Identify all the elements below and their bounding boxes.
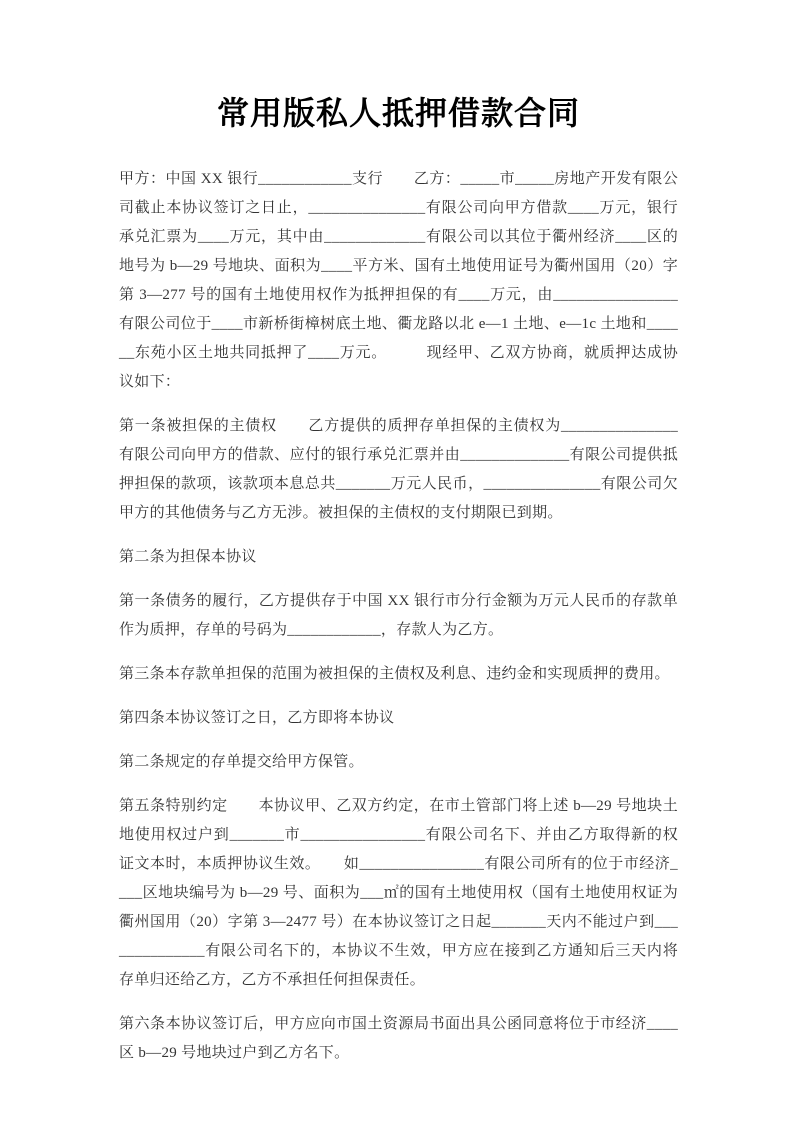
document-title: 常用版私人抵押借款合同 <box>119 92 678 134</box>
paragraph-clause-4-signing-day: 第四条本协议签订之日，乙方即将本协议 <box>119 704 678 733</box>
paragraph-clause-1-performance: 第一条债务的履行，乙方提供存于中国 XX 银行市分行金额为万元人民币的存款单作为… <box>119 587 678 645</box>
paragraph-clause-1-secured-debt: 第一条被担保的主债权 乙方提供的质押存单担保的主债权为_____________… <box>119 412 678 528</box>
paragraph-clause-5-special-agreement: 第五条特别约定 本协议甲、乙双方约定，在市土管部门将上述 b—29 号地块土地使… <box>119 792 678 995</box>
paragraph-opening-parties: 甲方：中国 XX 银行____________支行 乙方：_____市_____… <box>119 165 678 397</box>
paragraph-clause-6-transfer: 第六条本协议签订后，甲方应向市国土资源局书面出具公函同意将位于市经济____区 … <box>119 1010 678 1068</box>
paragraph-clause-3-scope: 第三条本存款单担保的范围为被担保的主债权及利息、违约金和实现质押的费用。 <box>119 660 678 689</box>
document-body: 甲方：中国 XX 银行____________支行 乙方：_____市_____… <box>119 165 678 1068</box>
paragraph-clause-2-guarantee: 第二条为担保本协议 <box>119 543 678 572</box>
paragraph-clause-2-deposit-submission: 第二条规定的存单提交给甲方保管。 <box>119 748 678 777</box>
document-page: 常用版私人抵押借款合同 甲方：中国 XX 银行____________支行 乙方… <box>0 0 793 1122</box>
